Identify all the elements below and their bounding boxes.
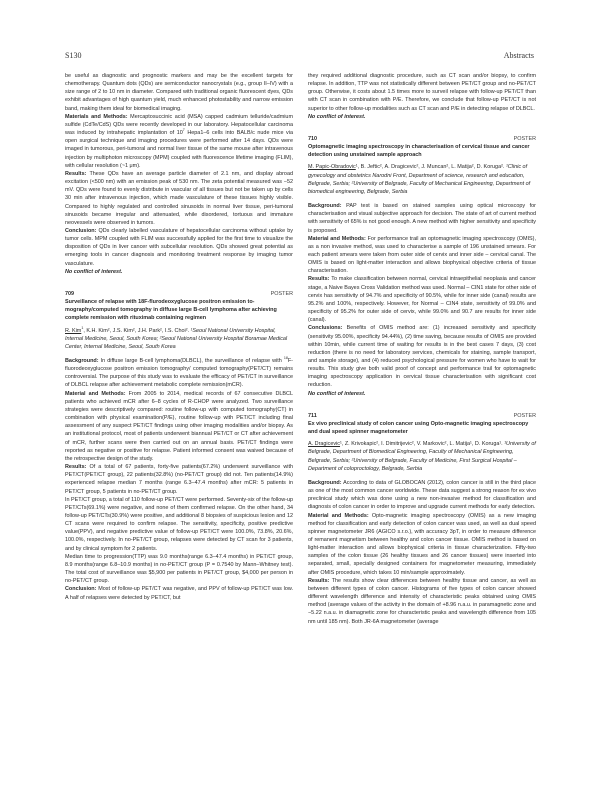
abstract-type: POSTER [514,135,536,143]
abstract-709-header: 709 POSTER [65,290,293,298]
abstract-type: POSTER [271,290,293,298]
abstract-710-title: Optomagnetic imaging spectroscopy in cha… [308,143,536,159]
abstract-number: 709 [65,290,74,298]
abstract-710-header: 710 POSTER [308,135,536,143]
section-label: Background: [65,358,99,364]
section-label: Material and Methods: [308,513,369,519]
presenting-author: R. Kim [65,328,81,334]
section-label: Conclusion: [65,586,96,592]
abstract-number: 710 [308,135,317,143]
abstract-type: POSTER [514,412,536,420]
abstract-711-title: Ex vivo preclinical study of colon cance… [308,420,536,436]
conflict-statement: No conflict of interest. [308,113,536,121]
abstract-711-authors: A. Dragicevic¹, Z. Krivokapic², I. Dimit… [308,440,536,473]
abstract-710-results: Results: To make classification between … [308,275,536,324]
abstract-711-methods: Material and Methods: Opto-magnetic imag… [308,512,536,577]
presenting-author: A. Dragicevic [308,441,340,447]
running-head-section: Abstracts [504,51,534,60]
section-label: Results: [65,464,86,470]
abstract-710-authors: M. Papic-Obradovic¹, B. Jeftic², A. Drag… [308,163,536,196]
continuation-methods: Materials and Methods: Mercaptosuccinic … [65,113,293,170]
conflict-statement: No conflict of interest. [65,268,293,276]
section-label: Materials and Methods: [65,114,128,120]
abstract-709-results-2: In PET/CT group, a total of 110 follow-u… [65,496,293,553]
abstract-710-conclusion: Conclusions: Benefits of OMIS method are… [308,324,536,389]
left-column: be useful as diagnostic and prognostic m… [65,72,293,602]
section-label: Results: [308,578,329,584]
abstract-711-results: Results: The results show clear differen… [308,577,536,626]
continuation-709: they required additional diagnostic proc… [308,72,536,113]
abstract-709-authors: R. Kim1, K.H. Kim², J.S. Kim², J.H. Park… [65,327,293,351]
abstract-709-background: Background: In diffuse large B-cell lymp… [65,357,293,390]
abstract-number: 711 [308,412,317,420]
abstract-710-background: Background: PAP test is based on stained… [308,202,536,235]
conflict-statement: No conflict of interest. [308,390,536,398]
abstract-709-conclusion: Conclusion: Most of follow-up PET/CT was… [65,585,293,601]
abstract-709-results: Results: Of a total of 67 patients, fort… [65,463,293,496]
abstract-709-methods: Material and Methods: From 2005 to 2014,… [65,390,293,463]
presenting-author: M. Papic-Obradovic [308,164,356,170]
abstract-710-methods: Material and Methods: For performance tr… [308,235,536,276]
section-label: Results: [308,276,329,282]
continuation-intro: be useful as diagnostic and prognostic m… [65,72,293,113]
section-label: Background: [308,203,342,209]
section-label: Background: [308,480,342,486]
abstract-709-results-3: Median time to progression(TTP) was 9.0 … [65,553,293,586]
continuation-conclusion: Conclusion: QDs clearly labelled vascula… [65,227,293,268]
section-label: Material and Methods: [308,236,366,242]
section-label: Conclusion: [65,228,96,234]
continuation-results: Results: These QDs have an average parti… [65,170,293,227]
abstract-711-header: 711 POSTER [308,412,536,420]
section-label: Material and Methods: [65,391,126,397]
right-column: they required additional diagnostic proc… [308,72,536,626]
abstract-711-background: Background: According to data of GLOBOCA… [308,479,536,512]
section-label: Results: [65,171,86,177]
section-label: Conclusions: [308,325,342,331]
abstract-709-title: Surveillance of relapse with 18F-flurode… [65,298,293,322]
page-number: S130 [65,51,81,60]
